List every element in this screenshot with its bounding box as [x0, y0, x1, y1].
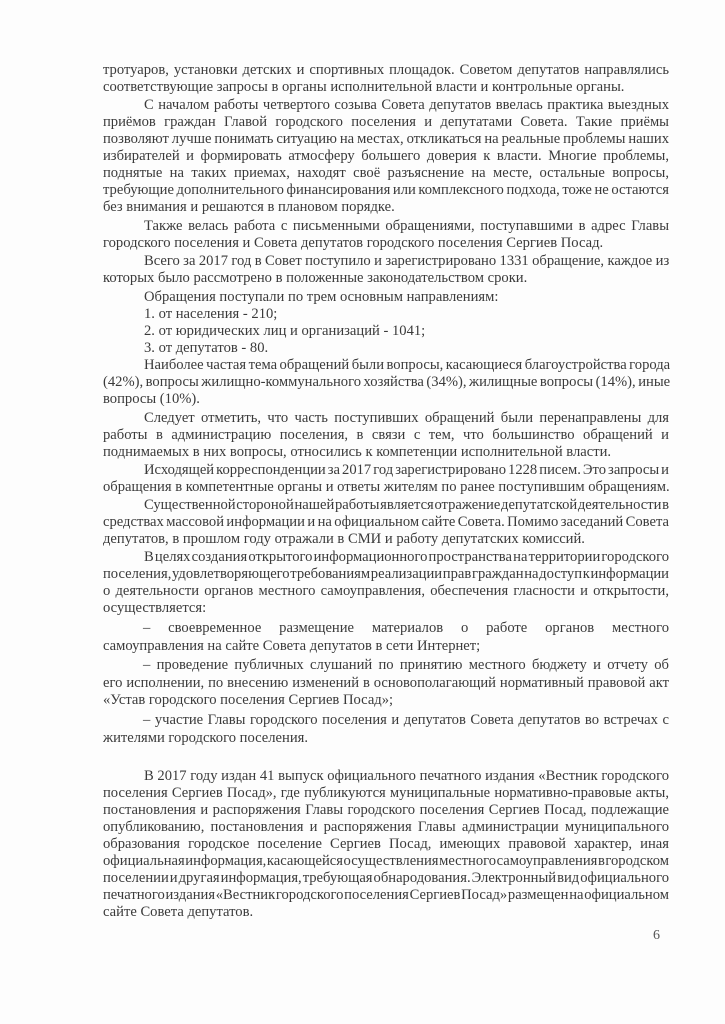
- text-line: приёмов граждан Главой городского поселе…: [103, 114, 669, 131]
- text-line: без внимания и решаются в плановом поряд…: [103, 199, 669, 216]
- text-line: печатного издания «Вестник городского по…: [103, 887, 669, 904]
- text-line: вопросы (10%).: [103, 391, 669, 408]
- text-line: Следует отметить, что часть поступивших …: [144, 410, 669, 427]
- text-line: поселения, удовлетворяющего требованиям …: [103, 566, 669, 583]
- text-line: Также велась работа с письменными обраще…: [144, 218, 669, 235]
- text-line: соответствующие запросы в органы исполни…: [103, 79, 669, 96]
- text-line: самоуправления на сайте Совета депутатов…: [103, 638, 669, 655]
- text-line: поднятые на таких приемах, находят своё …: [103, 165, 669, 182]
- text-line: (42%), вопросы жилищно-коммунального хоз…: [103, 374, 669, 391]
- text-line: постановления и распоряжения Главы город…: [103, 802, 669, 819]
- text-line: 3. от депутатов - 80.: [144, 340, 669, 357]
- text-line: поднимаемых в них вопросы, относились к …: [103, 444, 669, 461]
- page-number: 6: [653, 928, 660, 944]
- text-line: опубликованию, постановления и распоряже…: [103, 819, 669, 836]
- text-line: образования городское поселение Сергиев …: [103, 836, 669, 853]
- text-line: обращения в компетентные органы и ответы…: [103, 479, 669, 496]
- text-line: 1. от населения - 210;: [144, 306, 669, 323]
- text-line: С началом работы четвертого созыва Совет…: [144, 97, 669, 114]
- text-line: поселении и другая информация, требующая…: [103, 870, 669, 887]
- text-line: осуществляется:: [103, 600, 669, 617]
- text-line: сайте Совета депутатов.: [103, 904, 669, 921]
- text-line: – участие Главы городского поселения и д…: [143, 712, 669, 729]
- text-line: позволяют лучше понимать ситуацию на мес…: [103, 131, 669, 148]
- text-line: поселения Сергиев Посад», где публикуютс…: [103, 785, 669, 802]
- text-line: городского поселения и Совета депутатов …: [103, 235, 669, 252]
- text-line: Всего за 2017 год в Совет поступило и за…: [144, 253, 669, 270]
- text-line: о деятельности органов местного самоупра…: [103, 583, 669, 600]
- text-line: В 2017 году издан 41 выпуск официального…: [144, 768, 669, 785]
- text-line: – проведение публичных слушаний по приня…: [143, 657, 669, 674]
- text-line: депутатов, в прошлом году отражали в СМИ…: [103, 531, 669, 548]
- text-line: Исходящей корреспонденции за 2017 год за…: [144, 462, 669, 479]
- text-line: избирателей и формировать атмосферу боль…: [103, 148, 669, 165]
- text-line: – своевременное размещение материалов о …: [143, 620, 669, 637]
- text-line: «Устав городского поселения Сергиев Поса…: [103, 692, 669, 709]
- text-line: которых было рассмотрено в положенные за…: [103, 270, 669, 287]
- text-line: Наиболее частая тема обращений были вопр…: [144, 357, 669, 374]
- text-line: жителями городского поселения.: [103, 730, 669, 747]
- text-line: Существенной стороной нашей работы являе…: [144, 497, 669, 514]
- text-line: Обращения поступали по трем основным нап…: [144, 289, 669, 306]
- text-line: его исполнении, по внесению изменений в …: [103, 675, 669, 692]
- text-line: В целях создания открытого информационно…: [144, 549, 669, 566]
- text-line: тротуаров, установки детских и спортивны…: [103, 62, 669, 79]
- text-line: 2. от юридических лиц и организаций - 10…: [144, 323, 669, 340]
- document-page: тротуаров, установки детских и спортивны…: [0, 0, 725, 1024]
- text-line: официальная информация, касающейся осуще…: [103, 853, 669, 870]
- text-line: требующие дополнительного финансирования…: [103, 182, 669, 199]
- text-line: работы в администрацию поселения, в связ…: [103, 427, 669, 444]
- text-line: средствах массовой информации и на офици…: [103, 514, 669, 531]
